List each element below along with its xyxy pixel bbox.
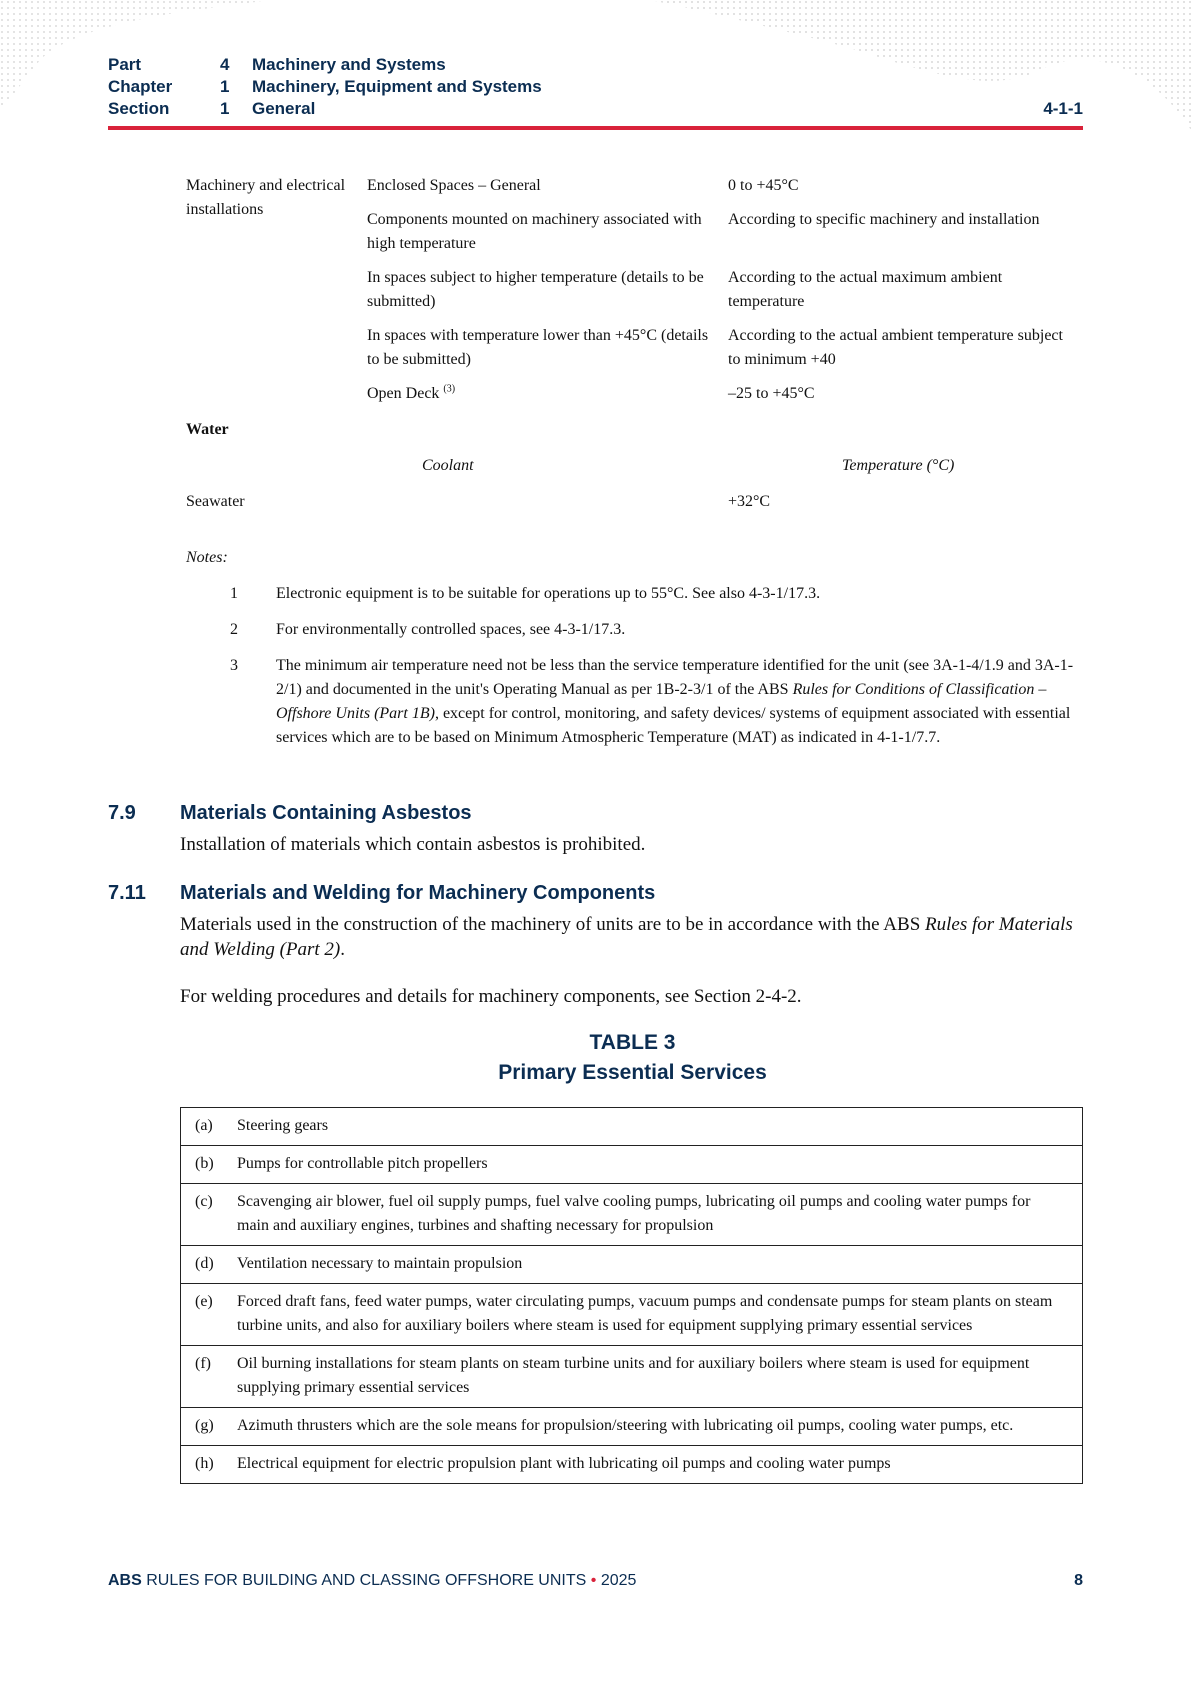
footer-separator: • <box>591 1572 597 1589</box>
section-title: Materials Containing Asbestos <box>180 802 472 825</box>
row-text: Azimuth thrusters which are the sole mea… <box>225 1408 1083 1446</box>
row-text: Steering gears <box>225 1108 1083 1146</box>
temperature-cell: –25 to +45°C <box>728 382 1068 406</box>
footer-brand: ABS <box>108 1572 142 1589</box>
section-number: 7.11 <box>108 882 146 905</box>
table-row: (a)Steering gears <box>181 1108 1083 1146</box>
section-number: 7.9 <box>108 802 136 825</box>
water-temperature-cell: +32°C <box>728 490 1068 514</box>
footer-year: 2025 <box>601 1572 637 1589</box>
row-text: Electrical equipment for electric propul… <box>225 1446 1083 1484</box>
location-cell: In spaces with temperature lower than +4… <box>367 324 712 372</box>
header-section-row: Section 1 General <box>108 98 1083 120</box>
section-paragraph: Materials used in the construction of th… <box>180 912 1085 962</box>
note-text: Electronic equipment is to be suitable f… <box>276 582 1086 606</box>
water-label: Water <box>186 418 356 442</box>
coolant-header: Coolant <box>422 454 474 478</box>
header-title: Machinery, Equipment and Systems <box>252 76 542 98</box>
row-id: (h) <box>181 1446 226 1484</box>
row-text: Ventilation necessary to maintain propul… <box>225 1246 1083 1284</box>
header-label: Section <box>108 98 220 120</box>
location-cell: Components mounted on machinery associat… <box>367 208 712 256</box>
temperature-cell: According to the actual ambient temperat… <box>728 324 1068 372</box>
page-number: 8 <box>1074 1572 1083 1590</box>
header-label: Part <box>108 54 220 76</box>
table-row: (f)Oil burning installations for steam p… <box>181 1346 1083 1408</box>
table-row: (c)Scavenging air blower, fuel oil suppl… <box>181 1184 1083 1246</box>
section-title: Materials and Welding for Machinery Comp… <box>180 882 655 905</box>
location-cell: Open Deck (3) <box>367 382 712 406</box>
header-number: 1 <box>220 98 252 120</box>
table-title: Primary Essential Services <box>180 1058 1085 1088</box>
table-caption: TABLE 3 Primary Essential Services <box>180 1028 1085 1088</box>
section-reference: 4-1-1 <box>1043 98 1083 120</box>
table-number: TABLE 3 <box>180 1028 1085 1058</box>
coolant-cell: Seawater <box>186 490 356 514</box>
header-number: 4 <box>220 54 252 76</box>
header-part-row: Part 4 Machinery and Systems <box>108 54 1083 76</box>
header-number: 1 <box>220 76 252 98</box>
footer-title: RULES FOR BUILDING AND CLASSING OFFSHORE… <box>146 1572 586 1589</box>
water-temperature-header: Temperature (°C) <box>842 454 954 478</box>
paragraph-text: . <box>340 939 345 960</box>
row-id: (a) <box>181 1108 226 1146</box>
section-paragraph: For welding procedures and details for m… <box>180 984 1085 1009</box>
row-id: (c) <box>181 1184 226 1246</box>
note-number: 1 <box>230 582 250 606</box>
row-text: Oil burning installations for steam plan… <box>225 1346 1083 1408</box>
location-text: Open Deck <box>367 385 439 402</box>
paragraph-text: Materials used in the construction of th… <box>180 914 925 935</box>
location-cell: In spaces subject to higher temperature … <box>367 266 712 314</box>
table-row: (h)Electrical equipment for electric pro… <box>181 1446 1083 1484</box>
header-title: Machinery and Systems <box>252 54 446 76</box>
row-text: Scavenging air blower, fuel oil supply p… <box>225 1184 1083 1246</box>
temperature-cell: According to the actual maximum ambient … <box>728 266 1068 314</box>
table-row: (g)Azimuth thrusters which are the sole … <box>181 1408 1083 1446</box>
running-header: Part 4 Machinery and Systems Chapter 1 M… <box>108 54 1083 120</box>
row-text: Pumps for controllable pitch propellers <box>225 1146 1083 1184</box>
note-number: 2 <box>230 618 250 642</box>
table-row: (e)Forced draft fans, feed water pumps, … <box>181 1284 1083 1346</box>
page-footer: ABS RULES FOR BUILDING AND CLASSING OFFS… <box>108 1572 1083 1590</box>
footnote-ref: (3) <box>443 384 455 395</box>
temperature-cell: 0 to +45°C <box>728 174 1068 198</box>
row-id: (b) <box>181 1146 226 1184</box>
section-paragraph: Installation of materials which contain … <box>180 832 1085 857</box>
note-text: The minimum air temperature need not be … <box>276 654 1076 750</box>
notes-label: Notes: <box>186 546 228 570</box>
row-id: (d) <box>181 1246 226 1284</box>
row-id: (g) <box>181 1408 226 1446</box>
row-id: (f) <box>181 1346 226 1408</box>
temperature-cell: According to specific machinery and inst… <box>728 208 1068 232</box>
row-id: (e) <box>181 1284 226 1346</box>
note-text: For environmentally controlled spaces, s… <box>276 618 1086 642</box>
header-label: Chapter <box>108 76 220 98</box>
row-text: Forced draft fans, feed water pumps, wat… <box>225 1284 1083 1346</box>
group-label: Machinery and electrical installations <box>186 174 356 222</box>
header-chapter-row: Chapter 1 Machinery, Equipment and Syste… <box>108 76 1083 98</box>
table-row: (d)Ventilation necessary to maintain pro… <box>181 1246 1083 1284</box>
primary-essential-services-table: (a)Steering gears(b)Pumps for controllab… <box>180 1107 1083 1484</box>
header-title: General <box>252 98 315 120</box>
location-cell: Enclosed Spaces – General <box>367 174 712 198</box>
table-row: (b)Pumps for controllable pitch propelle… <box>181 1146 1083 1184</box>
header-divider <box>108 126 1083 130</box>
note-number: 3 <box>230 654 250 678</box>
